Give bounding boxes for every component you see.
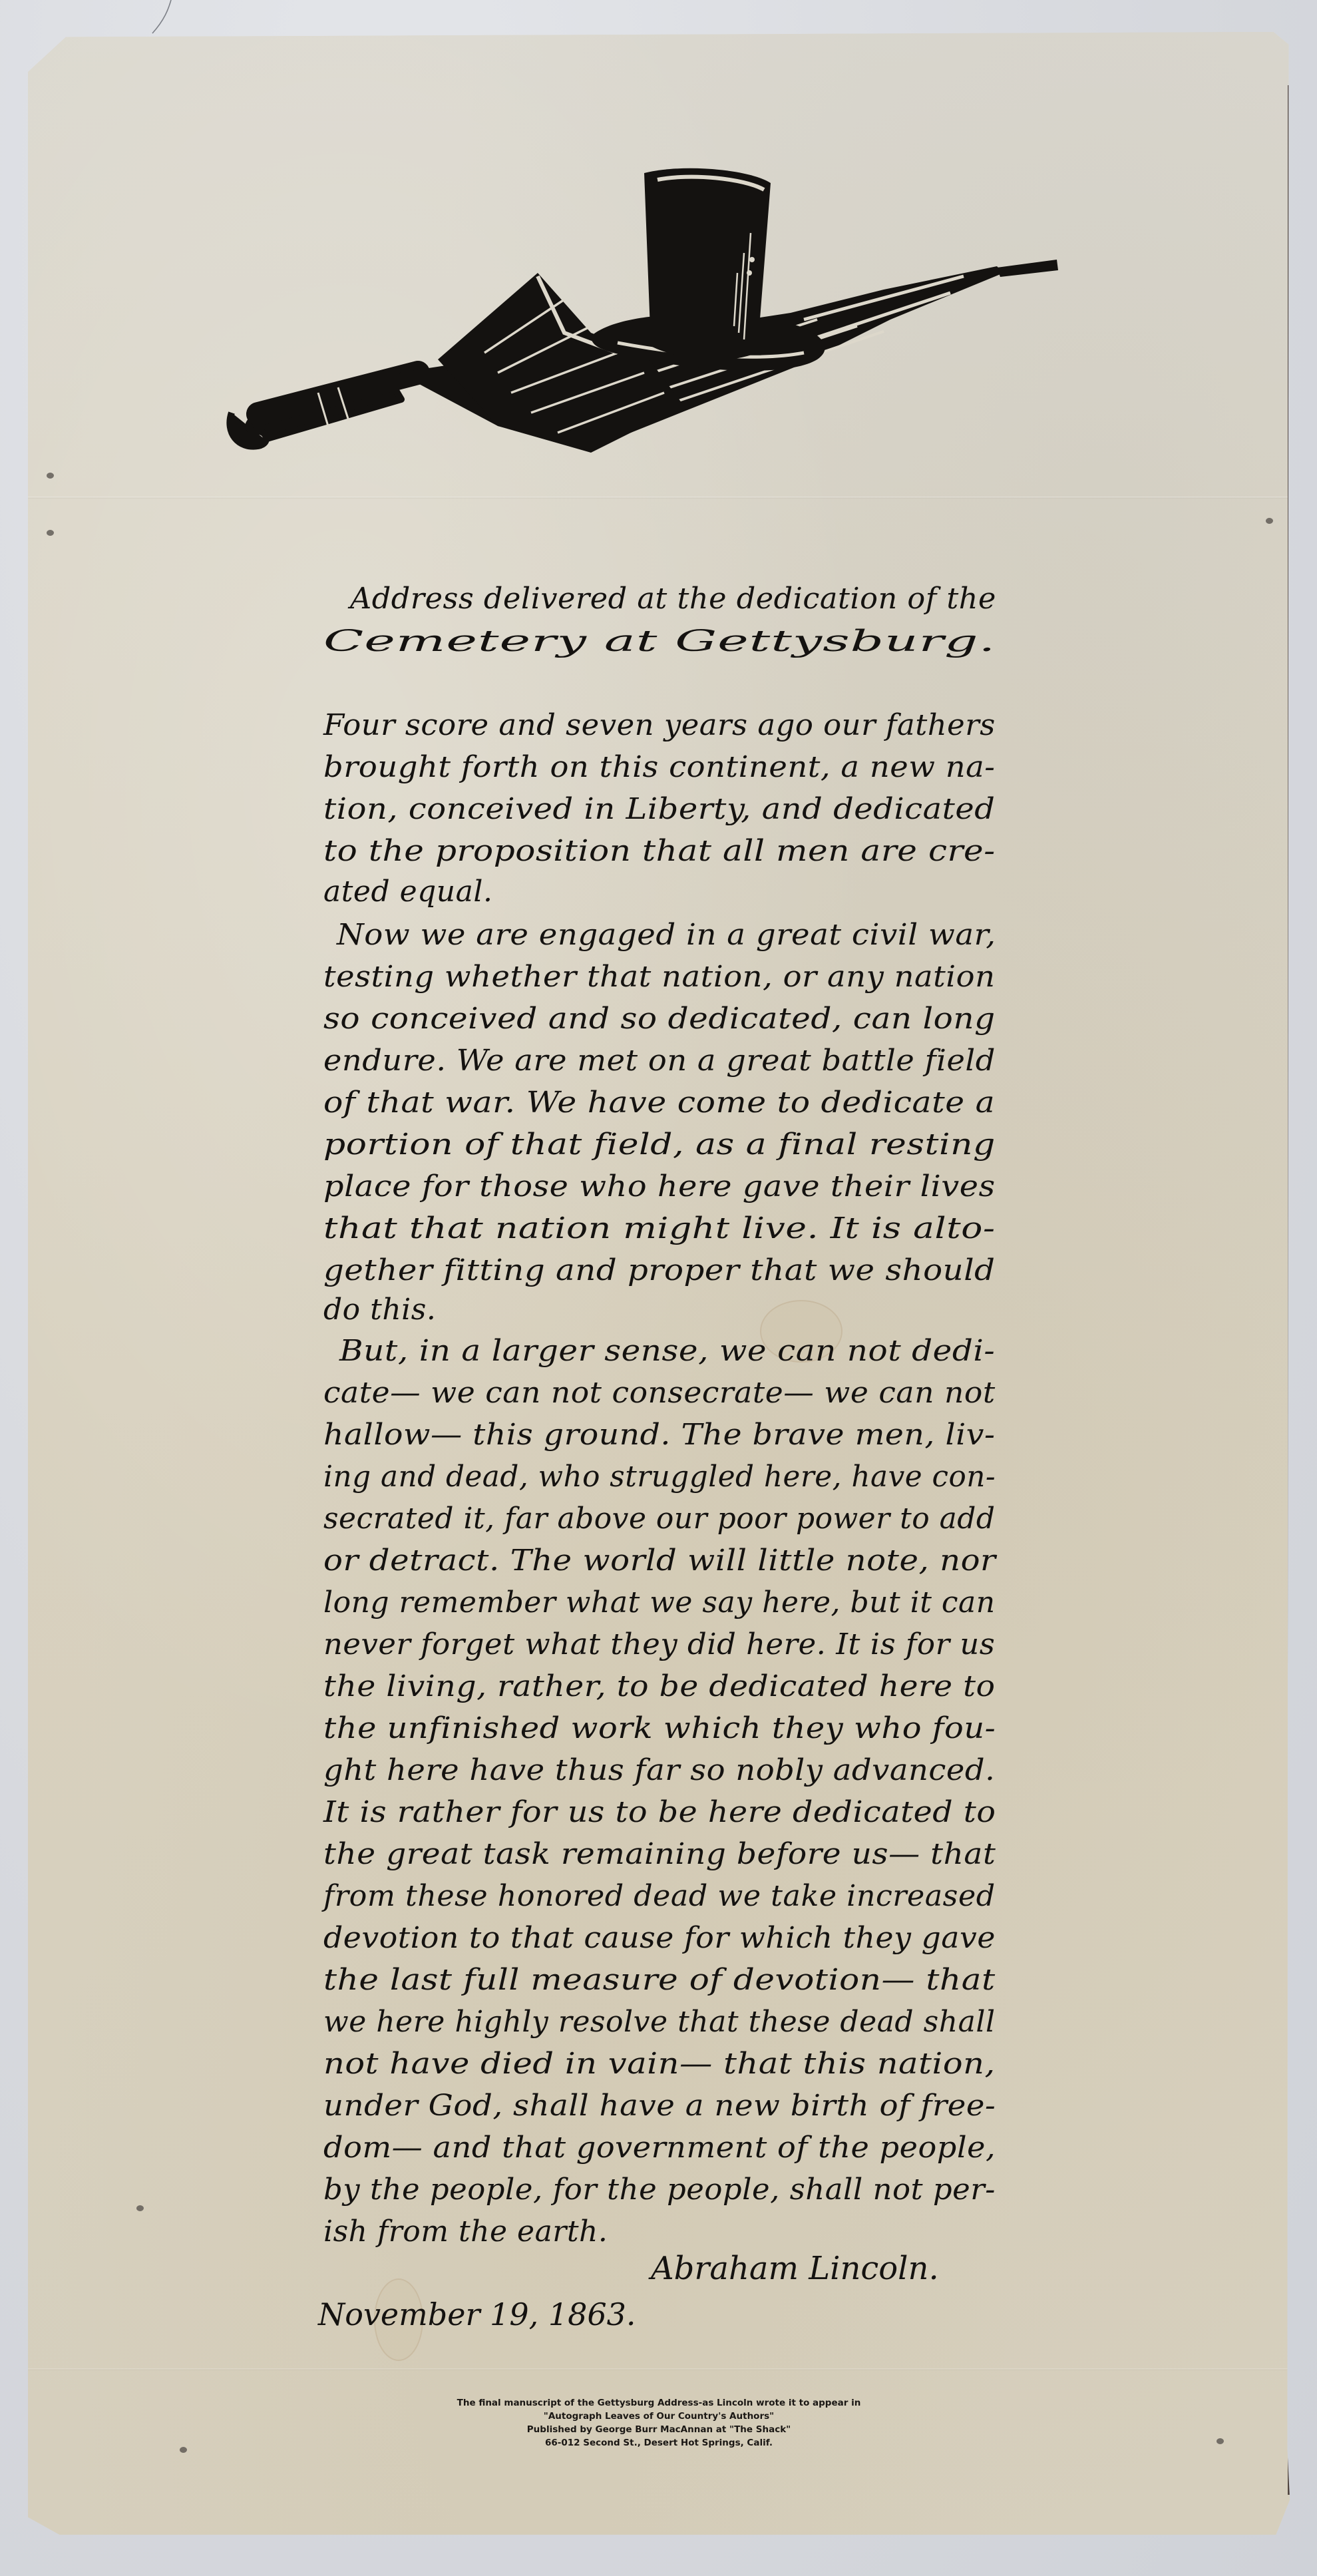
manuscript-title-line: Address delivered at the dedication of t…	[350, 580, 996, 618]
pin-hole	[1217, 2438, 1224, 2444]
manuscript-line: so conceived and so dedicated, can long	[323, 1000, 996, 1038]
manuscript-line: by the people, for the people, shall not…	[323, 2171, 996, 2209]
manuscript-line: do this.	[323, 1291, 436, 1329]
manuscript-line: from these honored dead we take increase…	[323, 1878, 996, 1915]
fold-line-lower	[28, 2368, 1292, 2370]
manuscript-line: we here highly resolve that these dead s…	[323, 2004, 996, 2041]
pin-hole	[136, 2205, 144, 2211]
manuscript-line: testing whether that nation, or any nati…	[323, 959, 996, 996]
manuscript-line: the living, rather, to be dedicated here…	[323, 1668, 996, 1705]
manuscript-line: dom— and that government of the people,	[323, 2129, 996, 2167]
manuscript-line: gether fitting and proper that we should	[323, 1252, 996, 1289]
pin-hole	[47, 530, 54, 536]
top-hat-umbrella-illustration	[218, 153, 1083, 473]
manuscript-line: to the proposition that all men are cre-	[323, 833, 996, 870]
signature: Abraham Lincoln.	[651, 2250, 939, 2287]
pin-hole	[47, 473, 54, 479]
manuscript-title-line: Cemetery at Gettysburg.	[323, 623, 996, 660]
manuscript-line: hallow— this ground. The brave men, liv-	[323, 1416, 996, 1454]
pin-hole	[180, 2447, 187, 2453]
top-hat-icon	[644, 168, 771, 360]
manuscript-line: ish from the earth.	[323, 2213, 608, 2251]
manuscript-line: devotion to that cause for which they ga…	[323, 1920, 996, 1957]
manuscript-line: secrated it, far above our poor power to…	[323, 1500, 996, 1538]
manuscript-line: never forget what they did here. It is f…	[323, 1626, 995, 1663]
fold-line-upper	[28, 497, 1292, 499]
publisher-footer: The final manuscript of the Gettysburg A…	[453, 2396, 865, 2450]
manuscript-line: long remember what we say here, but it c…	[323, 1584, 996, 1621]
manuscript-line: Now we are engaged in a great civil war,	[337, 917, 996, 954]
footer-line: "Autograph Leaves of Our Country's Autho…	[453, 2410, 865, 2423]
manuscript-line: ated equal.	[323, 873, 492, 911]
manuscript-line: of that war. We have come to dedicate a	[323, 1084, 995, 1122]
manuscript-line: place for those who here gave their live…	[323, 1168, 996, 1205]
manuscript-line: brought forth on this continent, a new n…	[323, 749, 995, 786]
manuscript-line: tion, conceived in Liberty, and dedicate…	[323, 791, 996, 828]
manuscript-line: endure. We are met on a great battle fie…	[323, 1042, 996, 1080]
manuscript-line: portion of that field, as a final restin…	[323, 1126, 996, 1164]
wall-crack	[150, 0, 176, 35]
manuscript-line: ght here have thus far so nobly advanced…	[323, 1752, 995, 1789]
manuscript-line: It is rather for us to be here dedicated…	[323, 1794, 996, 1831]
manuscript-date: November 19, 1863.	[318, 2296, 636, 2332]
manuscript-line: But, in a larger sense, we can not dedi-	[339, 1333, 995, 1370]
manuscript-line: the great task remaining before us— that	[323, 1836, 996, 1873]
pin-hole	[1266, 518, 1273, 524]
manuscript-line: ing and dead, who struggled here, have c…	[323, 1458, 996, 1496]
manuscript-line: the unfinished work which they who fou-	[323, 1710, 996, 1747]
footer-line: Published by George Burr MacAnnan at "Th…	[453, 2423, 865, 2436]
footer-line: The final manuscript of the Gettysburg A…	[453, 2396, 865, 2410]
manuscript-line: Four score and seven years ago our fathe…	[323, 707, 996, 744]
manuscript-line: the last full measure of devotion— that	[323, 1962, 996, 1999]
manuscript-line: or detract. The world will little note, …	[323, 1542, 996, 1580]
manuscript-line: that that nation might live. It is alto-	[323, 1210, 996, 1247]
footer-line: 66-012 Second St., Desert Hot Springs, C…	[453, 2436, 865, 2450]
manuscript-line: cate— we can not consecrate— we can not	[323, 1375, 996, 1412]
manuscript-line: under God, shall have a new birth of fre…	[323, 2087, 996, 2125]
manuscript-line: not have died in vain— that this nation,	[323, 2045, 996, 2083]
